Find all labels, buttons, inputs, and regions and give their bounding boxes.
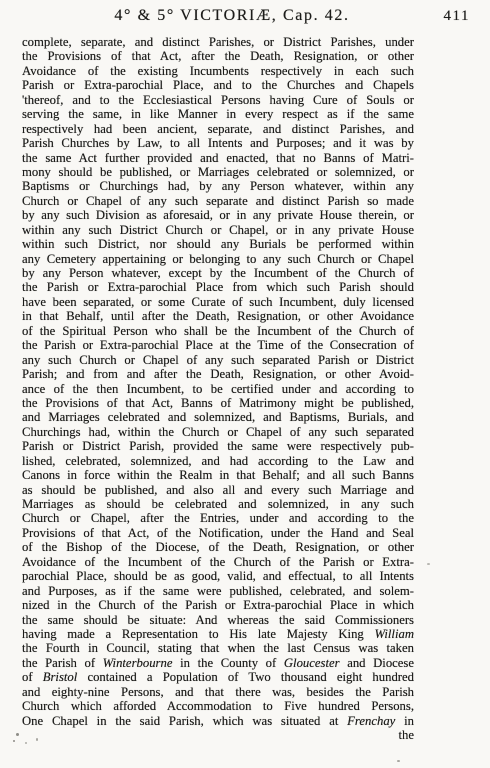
- text-line: lished, celebrated, solemnized, and had …: [22, 454, 414, 468]
- text-line: the Parish or Extra-parochial Place from…: [22, 280, 414, 294]
- text-line: and Purposes, as if the same were publis…: [22, 584, 414, 598]
- text-line: Parish Churches by Law, to all Intents a…: [22, 136, 414, 150]
- text-line: within any such District Church or Chape…: [22, 223, 414, 237]
- text-line: Church which afforded Accommodation to F…: [22, 699, 414, 713]
- text-line: respectively had been ancient, separate,…: [22, 122, 414, 136]
- text-line: Church or Chapel of any such separate an…: [22, 194, 414, 208]
- text-line: nized in the Church of the Parish or Ext…: [22, 598, 414, 612]
- text-line: any Cemetery appertaining or belonging t…: [22, 252, 414, 266]
- scan-artifact: [16, 733, 19, 736]
- text-line: of Bristol contained a Population of Two…: [22, 670, 414, 684]
- text-line: the same should be situate: And whereas …: [22, 613, 414, 627]
- scan-artifact: [25, 742, 27, 744]
- text-line: Canons in force within the Realm in that…: [22, 468, 414, 482]
- text-line: Provisions of that Act, of the Notificat…: [22, 526, 414, 540]
- text-line: have been separated, or some Curate of s…: [22, 295, 414, 309]
- text-line: the Parish or Extra-parochial Place at t…: [22, 338, 414, 352]
- text-line: ance of the then Incumbent, to be certif…: [22, 382, 414, 396]
- text-line: Avoidance of the existing Incumbents res…: [22, 64, 414, 78]
- text-line: parochial Place, should be as good, vali…: [22, 569, 414, 583]
- italic-proper-noun: Bristol: [43, 670, 78, 684]
- text-line: by any such Division as aforesaid, or in…: [22, 208, 414, 222]
- text-line: the Provisions of that Act, after the De…: [22, 49, 414, 63]
- text-line: the same Act further provided and enacte…: [22, 151, 414, 165]
- running-head-citation: 4° & 5° VICTORIÆ, Cap. 42.: [0, 7, 464, 25]
- text-line: Parish or Extra-parochial Place, and to …: [22, 78, 414, 92]
- text-line: serving the same, in like Manner in ever…: [22, 107, 414, 121]
- italic-proper-noun: William: [375, 627, 414, 641]
- scan-artifact: [36, 738, 38, 741]
- text-line: complete, separate, and distinct Parishe…: [22, 35, 414, 49]
- scan-artifact: [397, 760, 400, 762]
- italic-proper-noun: Frenchay: [347, 714, 395, 728]
- text-line: in that Behalf, until after the Death, R…: [22, 309, 414, 323]
- text-line: mony should be published, or Marriages c…: [22, 165, 414, 179]
- text-line: Parish; and from and after the Death, Re…: [22, 367, 414, 381]
- text-line: within such District, nor should any Bur…: [22, 237, 414, 251]
- text-line: of the Spiritual Person who shall be the…: [22, 324, 414, 338]
- scanned-book-page: 4° & 5° VICTORIÆ, Cap. 42. 411 complete,…: [0, 0, 490, 768]
- text-line: the Fourth in Council, stating that when…: [22, 641, 414, 655]
- catchword: the: [22, 728, 414, 742]
- text-line: 'thereof, and to the Ecclesiastical Pers…: [22, 93, 414, 107]
- text-line: as should be published, and also all and…: [22, 483, 414, 497]
- scan-artifact: [13, 740, 15, 742]
- text-line: having made a Representation to His late…: [22, 627, 414, 641]
- text-line: Marriages as should be celebrated and so…: [22, 497, 414, 511]
- text-line: Parish or District Parish, provided the …: [22, 439, 414, 453]
- text-line: and Marriages celebrated and solemnized,…: [22, 410, 414, 424]
- text-line: Church or Chapel, after the Entries, und…: [22, 511, 414, 525]
- text-line: and eighty-nine Persons, and that there …: [22, 685, 414, 699]
- text-line: any such Church or Chapel of any such se…: [22, 353, 414, 367]
- text-line: of the Bishop of the Diocese, of the Dea…: [22, 540, 414, 554]
- page-text: complete, separate, and distinct Parishe…: [22, 35, 414, 742]
- italic-proper-noun: Winterbourne: [103, 656, 173, 670]
- text-line: Baptisms or Churchings had, by any Perso…: [22, 179, 414, 193]
- text-line: by any Person whatever, except by the In…: [22, 266, 414, 280]
- text-line: One Chapel in the said Parish, which was…: [22, 714, 414, 728]
- scan-artifact: [427, 563, 430, 565]
- text-line: Avoidance of the Incumbent of the Church…: [22, 555, 414, 569]
- page-number: 411: [444, 8, 470, 25]
- text-line: the Provisions of that Act, Banns of Mat…: [22, 396, 414, 410]
- text-line: the Parish of Winterbourne in the County…: [22, 656, 414, 670]
- text-line: Churchings had, within the Church or Cha…: [22, 425, 414, 439]
- italic-proper-noun: Gloucester: [284, 656, 340, 670]
